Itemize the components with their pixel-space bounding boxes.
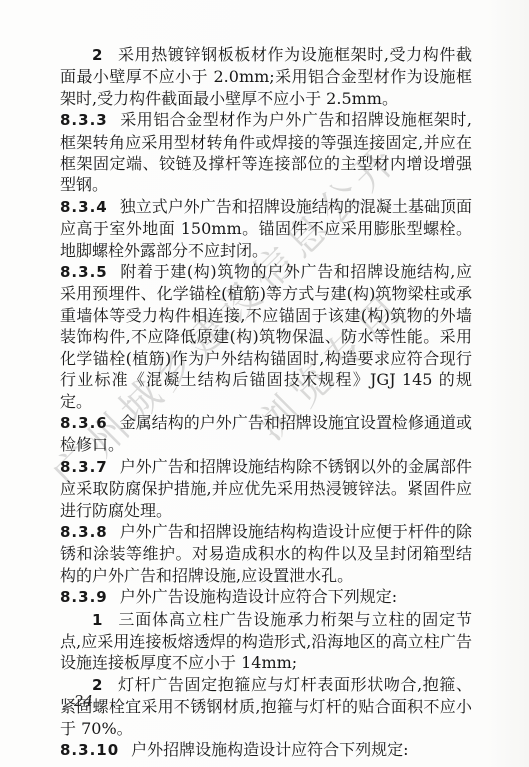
page-number: 24 xyxy=(74,692,93,710)
clause-text: 金属结构的户外广告和招牌设施宜设置检修通道或检修口。 xyxy=(60,413,472,454)
document-body: 2采用热镀锌钢板板材作为设施框架时,受力构件截面最小壁厚不应小于 2.0mm;采… xyxy=(60,44,472,761)
clause-text: 三面体高立柱广告设施承力桁架与立柱的固定节点,应采用连接板熔透焊的构造形式,沿海… xyxy=(60,610,472,673)
clause-number: 2 xyxy=(92,46,102,64)
clause-paragraph: 8.3.7户外广告和招牌设施结构除不锈钢以外的金属部件应采取防腐保护措施,并应优… xyxy=(60,456,472,521)
clause-text: 户外广告和招牌设施结构构造设计应便于杆件的除锈和涂装等维护。对易造成积水的构件以… xyxy=(60,522,472,585)
clause-item: 2采用热镀锌钢板板材作为设施框架时,受力构件截面最小壁厚不应小于 2.0mm;采… xyxy=(60,44,472,109)
clause-number: 8.3.5 xyxy=(60,263,108,281)
clause-number: 2 xyxy=(92,676,102,694)
document-page: 广州城乡建设信息公开 浏览专用 2采用热镀锌钢板板材作为设施框架时,受力构件截面… xyxy=(0,0,529,767)
clause-text: 户外广告设施构造设计应符合下列规定: xyxy=(120,587,397,606)
clause-number: 8.3.3 xyxy=(60,111,108,129)
clause-number: 8.3.8 xyxy=(60,523,108,541)
clause-text: 灯杆广告固定抱箍应与灯杆表面形状吻合,抱箍、紧固螺栓宜采用不锈钢材质,抱箍与灯杆… xyxy=(60,675,472,738)
clause-item: 2灯杆广告固定抱箍应与灯杆表面形状吻合,抱箍、紧固螺栓宜采用不锈钢材质,抱箍与灯… xyxy=(60,674,472,739)
clause-item: 1三面体高立柱广告设施承力桁架与立柱的固定节点,应采用连接板熔透焊的构造形式,沿… xyxy=(60,609,472,674)
clause-text: 采用热镀锌钢板板材作为设施框架时,受力构件截面最小壁厚不应小于 2.0mm;采用… xyxy=(60,45,472,108)
clause-number: 1 xyxy=(92,611,102,629)
clause-number: 8.3.4 xyxy=(60,198,108,216)
clause-text: 户外招牌设施构造设计应符合下列规定: xyxy=(131,740,408,759)
clause-paragraph: 8.3.9户外广告设施构造设计应符合下列规定: xyxy=(60,586,472,608)
clause-paragraph: 8.3.8户外广告和招牌设施结构构造设计应便于杆件的除锈和涂装等维护。对易造成积… xyxy=(60,521,472,586)
clause-paragraph: 8.3.10户外招牌设施构造设计应符合下列规定: xyxy=(60,739,472,761)
clause-number: 8.3.10 xyxy=(60,741,119,759)
clause-paragraph: 8.3.3采用铝合金型材作为户外广告和招牌设施框架时,框架转角应采用型材转角件或… xyxy=(60,109,472,196)
clause-text: 独立式户外广告和招牌设施结构的混凝土基础顶面应高于室外地面 150mm。锚固件不… xyxy=(60,197,472,260)
clause-text: 附着于建(构)筑物的户外广告和招牌设施结构,应采用预埋件、化学锚栓(植筋)等方式… xyxy=(60,262,472,410)
clause-number: 8.3.7 xyxy=(60,458,108,476)
clause-number: 8.3.9 xyxy=(60,588,108,606)
clause-text: 户外广告和招牌设施结构除不锈钢以外的金属部件应采取防腐保护措施,并应优先采用热浸… xyxy=(60,457,472,520)
clause-paragraph: 8.3.6金属结构的户外广告和招牌设施宜设置检修通道或检修口。 xyxy=(60,412,472,456)
clause-number: 8.3.6 xyxy=(60,414,108,432)
clause-paragraph: 8.3.4独立式户外广告和招牌设施结构的混凝土基础顶面应高于室外地面 150mm… xyxy=(60,196,472,261)
clause-paragraph: 8.3.5附着于建(构)筑物的户外广告和招牌设施结构,应采用预埋件、化学锚栓(植… xyxy=(60,261,472,412)
clause-text: 采用铝合金型材作为户外广告和招牌设施框架时,框架转角应采用型材转角件或焊接的等强… xyxy=(60,110,472,194)
